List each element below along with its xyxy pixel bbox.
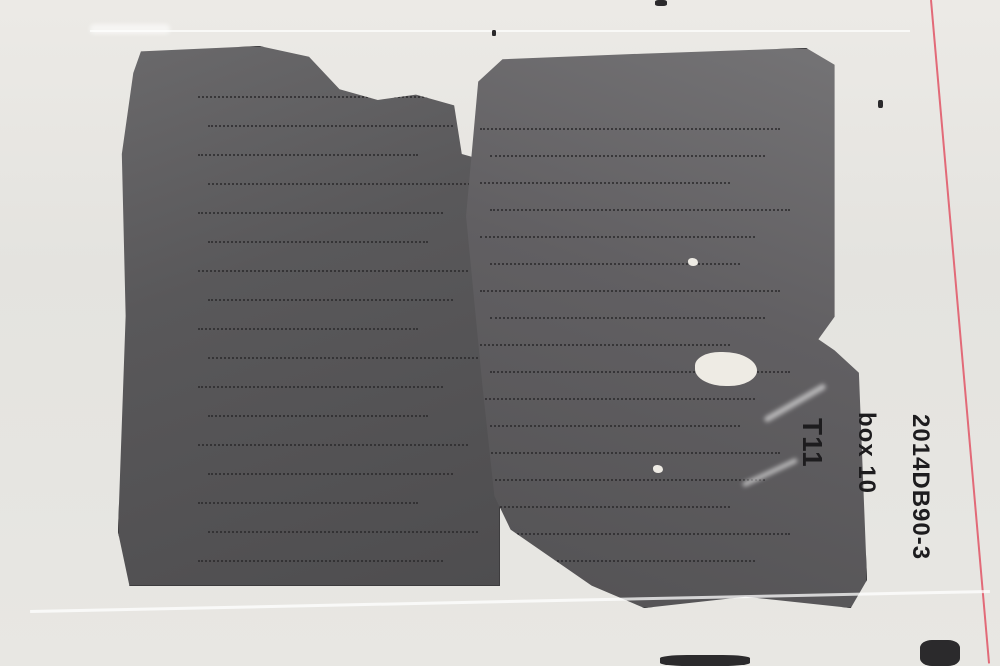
script-line (198, 96, 468, 104)
label-box: box 10 (852, 412, 880, 494)
bag-red-stripe (930, 0, 990, 664)
manuscript-leaf-left (118, 46, 500, 586)
paper-hole (688, 258, 698, 266)
debris (492, 30, 496, 36)
script-line (480, 182, 730, 190)
manuscript-leaf-right (462, 48, 867, 608)
debris (655, 0, 667, 6)
script-line (480, 398, 755, 406)
script-line (490, 479, 765, 487)
script-line (198, 560, 443, 568)
script-line (490, 533, 790, 541)
script-line (490, 425, 740, 433)
debris (660, 655, 750, 666)
script-line (208, 473, 453, 481)
script-line (208, 357, 478, 365)
debris (920, 640, 960, 666)
script-line (208, 183, 478, 191)
script-line (480, 506, 730, 514)
script-line (198, 212, 443, 220)
script-line (198, 154, 418, 162)
script-line (208, 125, 453, 133)
script-line (198, 270, 468, 278)
script-line (208, 415, 428, 423)
script-line (480, 452, 780, 460)
script-line (198, 328, 418, 336)
script-line (208, 241, 428, 249)
script-line (480, 560, 755, 568)
label-catalog-number: 2014DB90-3 (906, 414, 934, 560)
script-line (480, 344, 730, 352)
script-line (208, 299, 453, 307)
script-line (480, 236, 755, 244)
paper-hole (653, 465, 663, 473)
plastic-bag: T11 box 10 2014DB90-3 (0, 0, 1000, 666)
debris (878, 100, 883, 108)
script-line (490, 317, 765, 325)
script-line (198, 386, 443, 394)
label-item: T11 (796, 418, 828, 468)
script-line (480, 128, 780, 136)
script-line (198, 502, 418, 510)
script-line (490, 209, 790, 217)
glare (90, 24, 170, 34)
script-line (490, 155, 765, 163)
bag-edge (90, 30, 910, 32)
script-line (480, 290, 780, 298)
script-line (198, 444, 468, 452)
script-line (208, 531, 478, 539)
paper-hole (695, 352, 757, 386)
script-line (490, 263, 740, 271)
